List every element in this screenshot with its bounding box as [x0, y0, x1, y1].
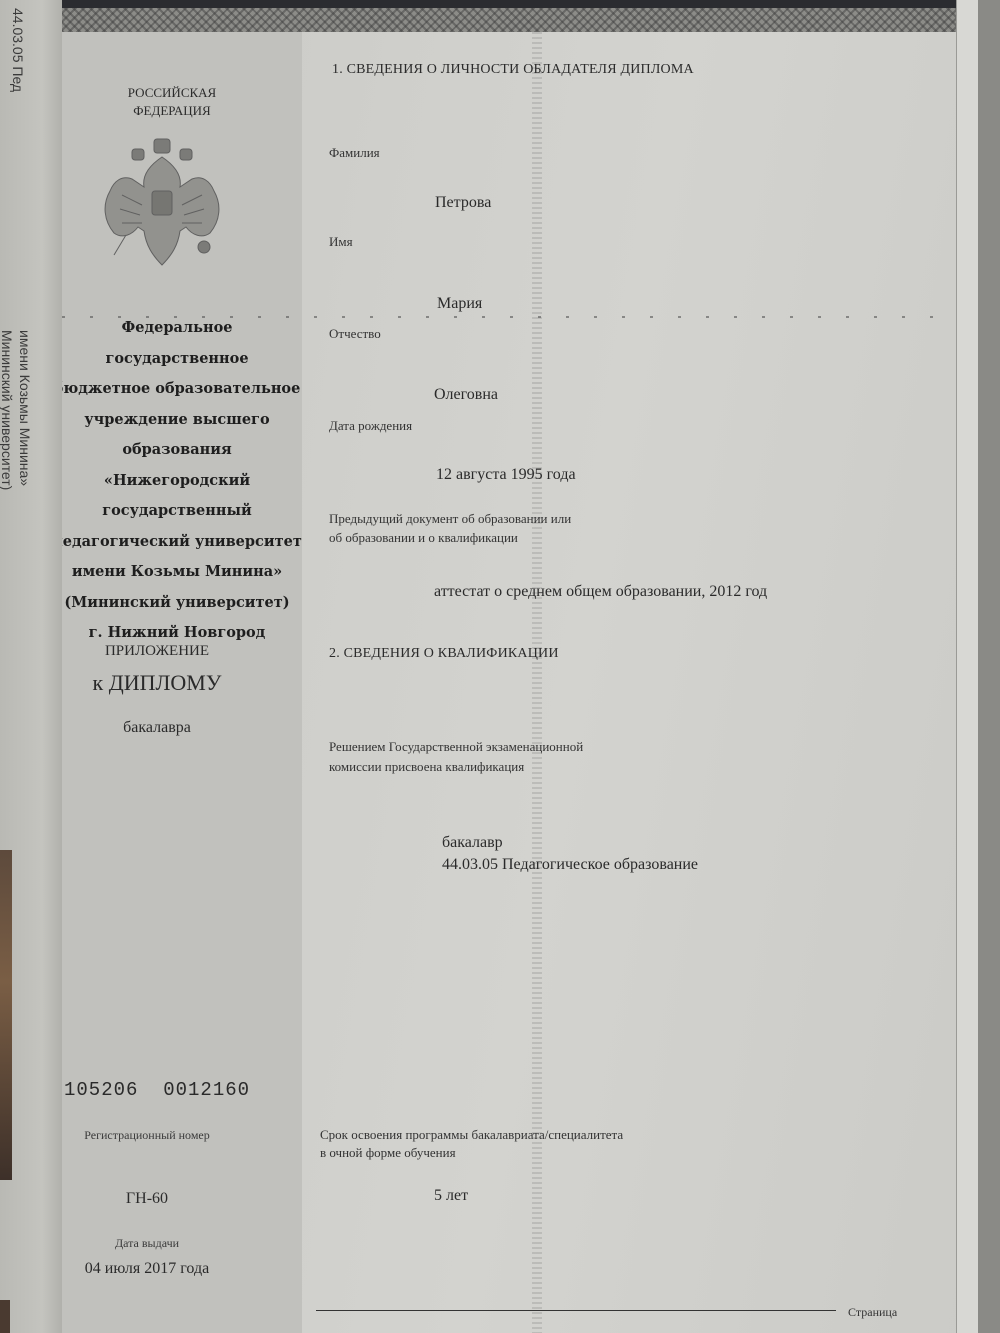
section2-title: 2. СВЕДЕНИЯ О КВАЛИФИКАЦИИ	[329, 646, 559, 662]
table-edge	[0, 1300, 10, 1333]
spine-text-middle: имени Козьмы Минина» Мининский университ…	[0, 330, 34, 490]
ornamental-band	[62, 8, 978, 32]
degree-level: бакалавра	[62, 719, 252, 737]
birth-date-label: Дата рождения	[329, 418, 412, 434]
org-line: имени Козьмы Минина»	[62, 557, 302, 588]
org-line: бюджетное образовательное	[62, 374, 302, 405]
russian-coat-of-arms-icon	[92, 135, 232, 275]
appendix-title: ПРИЛОЖЕНИЕ	[62, 643, 252, 660]
serial-number: 105206 0012160	[64, 1079, 250, 1101]
qualification-value: бакалавр	[442, 834, 503, 852]
duration-value: 5 лет	[434, 1187, 468, 1205]
registration-number: ГН-60	[72, 1190, 222, 1208]
section1-title: 1. СВЕДЕНИЯ О ЛИЧНОСТИ ОБЛАДАТЕЛЯ ДИПЛОМ…	[332, 62, 694, 78]
birth-date-value: 12 августа 1995 года	[436, 466, 576, 484]
organization-name: Федеральное государственное бюджетное об…	[62, 313, 302, 649]
duration-label-line2: в очной форме обучения	[320, 1145, 456, 1161]
page-label: Страница	[848, 1305, 897, 1320]
org-line: учреждение высшего	[62, 405, 302, 436]
appendix-subtitle: к ДИПЛОМУ	[62, 670, 252, 696]
prev-doc-label-line2: об образовании и о квалификации	[329, 530, 518, 546]
org-line: Федеральное государственное	[62, 313, 302, 374]
registration-label: Регистрационный номер	[72, 1126, 222, 1144]
surname-label: Фамилия	[329, 145, 380, 161]
org-line: педагогический университет	[62, 527, 302, 558]
surname-value: Петрова	[435, 194, 491, 212]
issue-date: 04 июля 2017 года	[62, 1260, 232, 1278]
background-sheet: 44.03.05 Пед имени Козьмы Минина» Мининс…	[0, 0, 70, 1333]
prev-doc-label-line1: Предыдущий документ об образовании или	[329, 511, 571, 527]
prev-doc-value: аттестат о среднем общем образовании, 20…	[434, 583, 767, 601]
table-edge	[0, 850, 12, 1180]
issue-date-label: Дата выдачи	[72, 1236, 222, 1251]
org-line: государственный	[62, 496, 302, 527]
patronymic-value: Олеговна	[434, 386, 498, 404]
specialty-value: 44.03.05 Педагогическое образование	[442, 856, 698, 874]
name-value: Мария	[437, 295, 482, 313]
diploma-appendix-page: РОССИЙСКАЯ ФЕДЕРАЦИЯ Федеральное государ…	[62, 0, 978, 1333]
patronymic-label: Отчество	[329, 326, 381, 342]
org-line: образования «Нижегородский	[62, 435, 302, 496]
spine-line: имени Козьмы Минина»	[16, 330, 34, 490]
page-edge	[956, 0, 978, 1333]
spine-text-top: 44.03.05 Пед	[10, 8, 26, 92]
country-title: РОССИЙСКАЯ ФЕДЕРАЦИЯ	[102, 84, 242, 120]
decision-label-line1: Решением Государственной экзаменационной	[329, 739, 583, 755]
name-label: Имя	[329, 234, 353, 250]
duration-label-line1: Срок освоения программы бакалавриата/спе…	[320, 1127, 623, 1143]
org-line: (Мининский университет)	[62, 588, 302, 619]
spine-line: Мининский университет)	[0, 330, 16, 490]
signature-line	[316, 1310, 836, 1311]
decision-label-line2: комиссии присвоена квалификация	[329, 759, 524, 775]
